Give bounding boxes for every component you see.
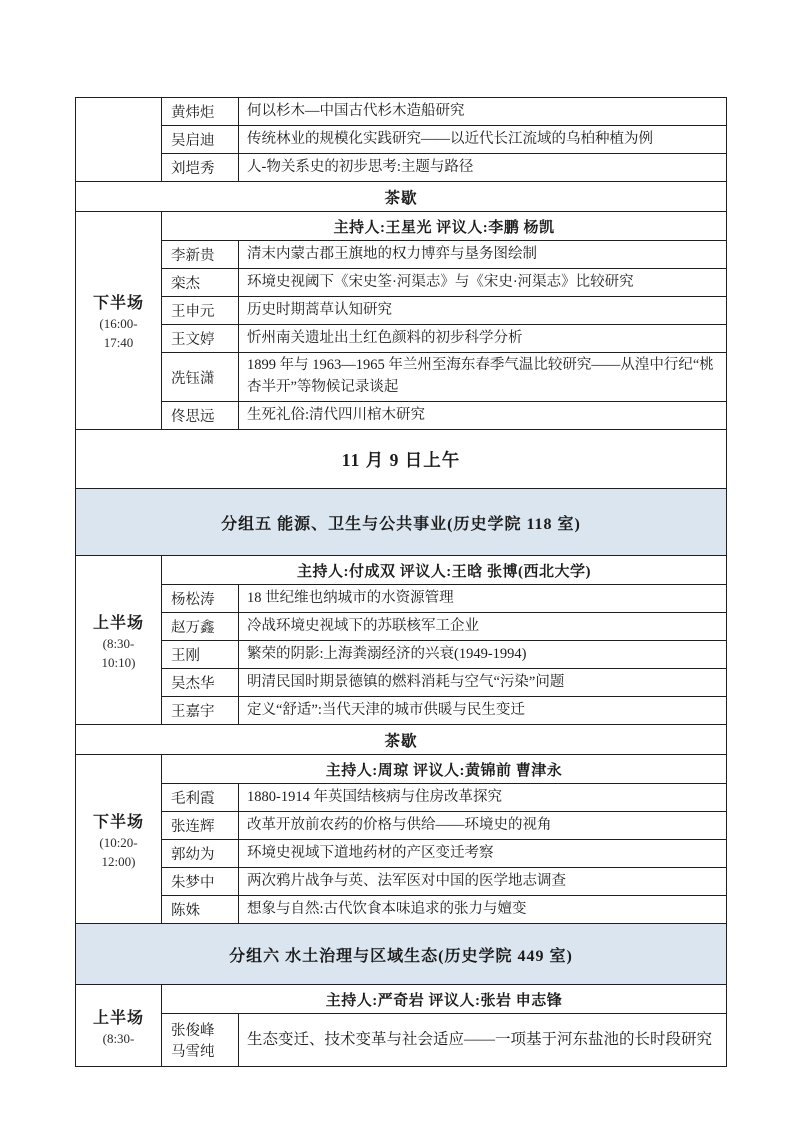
session-label: 上半场 <box>93 1005 144 1028</box>
tea-break-label: 茶歇 <box>76 724 726 754</box>
session-cell: 上半场 (8:30- <box>76 985 162 1066</box>
paper-title: 何以杉木—中国古代杉木造船研究 <box>239 98 726 125</box>
table-row: 赵万鑫 冷战环境史视域下的苏联核军工企业 <box>162 612 726 640</box>
paper-title: 繁荣的阴影:上海粪溺经济的兴衰(1949-1994) <box>239 641 726 668</box>
presenter-name: 毛利霞 <box>162 784 239 811</box>
presenter-name: 吴启迪 <box>162 126 239 153</box>
paper-title: 忻州南关遗址出土红色颜料的初步科学分析 <box>239 325 726 352</box>
paper-title: 环境史视域下道地药材的产区变迁考察 <box>239 840 726 867</box>
session-label: 下半场 <box>93 290 144 313</box>
chair-discussant-line: 主持人:王星光 评议人:李鹏 杨凯 <box>162 212 726 240</box>
tea-break-label: 茶歇 <box>76 181 726 211</box>
session-time: 17:40 <box>104 335 134 351</box>
presenter-name: 朱梦中 <box>162 868 239 895</box>
paper-title: 明清民国时期景德镇的燃料消耗与空气“污染”问题 <box>239 669 726 696</box>
session-rows: 主持人:严奇岩 评议人:张岩 申志锋 张俊峰 马雪纯 生态变迁、技术变革与社会适… <box>162 985 726 1066</box>
section-panel5-am: 上半场 (8:30- 10:10) 主持人:付成双 评议人:王晗 张博(西北大学… <box>76 555 726 724</box>
session-time: (8:30- <box>103 1031 135 1047</box>
presenter-name: 王申元 <box>162 297 239 324</box>
table-row: 王嘉宇 定义“舒适”:当代天津的城市供暖与民生变迁 <box>162 696 726 724</box>
table-row: 朱梦中 两次鸦片战争与英、法军医对中国的医学地志调查 <box>162 867 726 895</box>
session-label: 上半场 <box>93 610 144 633</box>
paper-title: 生死礼俗:清代四川棺木研究 <box>239 402 726 429</box>
presenter-name: 郭幼为 <box>162 840 239 867</box>
paper-title: 人-物关系史的初步思考:主题与路径 <box>239 154 726 181</box>
presenter-name: 吴杰华 <box>162 669 239 696</box>
chair-discussant-line: 主持人:严奇岩 评议人:张岩 申志锋 <box>162 985 726 1013</box>
presenter-name: 马雪纯 <box>171 1040 238 1061</box>
table-row: 王申元 历史时期蒿草认知研究 <box>162 296 726 324</box>
paper-title: 传统林业的规模化实践研究——以近代长江流域的乌柏种植为例 <box>239 126 726 153</box>
session-time: (10:20- <box>99 835 137 851</box>
session-time: 12:00) <box>102 854 136 870</box>
session-rows: 主持人:周琼 评议人:黄锦前 曹津永 毛利霞 1880-1914 年英国结核病与… <box>162 755 726 923</box>
section-carryover: 黄炜炬 何以杉木—中国古代杉木造船研究 吴启迪 传统林业的规模化实践研究——以近… <box>76 98 726 181</box>
table-row: 郭幼为 环境史视域下道地药材的产区变迁考察 <box>162 839 726 867</box>
presenter-name: 张连辉 <box>162 812 239 839</box>
section-pm-nov8: 下半场 (16:00- 17:40 主持人:王星光 评议人:李鹏 杨凯 李新贵 … <box>76 211 726 429</box>
table-row: 李新贵 清末内蒙古郡王旗地的权力博弈与垦务图绘制 <box>162 240 726 268</box>
session-cell-empty <box>76 98 162 181</box>
presenter-name: 刘垲秀 <box>162 154 239 181</box>
presenter-name: 黄炜炬 <box>162 98 239 125</box>
paper-title: 1880-1914 年英国结核病与住房改革探究 <box>239 784 726 811</box>
chair-discussant-line: 主持人:周琼 评议人:黄锦前 曹津永 <box>162 755 726 783</box>
session-cell: 上半场 (8:30- 10:10) <box>76 556 162 724</box>
presenter-name: 李新贵 <box>162 241 239 268</box>
table-row: 栾杰 环境史视阈下《宋史筌·河渠志》与《宋史·河渠志》比较研究 <box>162 268 726 296</box>
section-panel6-am: 上半场 (8:30- 主持人:严奇岩 评议人:张岩 申志锋 张俊峰 马雪纯 生态… <box>76 984 726 1066</box>
presenter-names: 张俊峰 马雪纯 <box>162 1014 239 1066</box>
session-label: 下半场 <box>93 809 144 832</box>
presenter-name: 杨松涛 <box>162 585 239 612</box>
paper-title: 清末内蒙古郡王旗地的权力博弈与垦务图绘制 <box>239 241 726 268</box>
session-time: (8:30- <box>103 636 135 652</box>
paper-title: 环境史视阈下《宋史筌·河渠志》与《宋史·河渠志》比较研究 <box>239 269 726 296</box>
conference-program-page: 黄炜炬 何以杉木—中国古代杉木造船研究 吴启迪 传统林业的规模化实践研究——以近… <box>0 0 799 1131</box>
table-row: 毛利霞 1880-1914 年英国结核病与住房改革探究 <box>162 783 726 811</box>
presenter-name: 栾杰 <box>162 269 239 296</box>
session-rows: 主持人:付成双 评议人:王晗 张博(西北大学) 杨松涛 18 世纪维也纳城市的水… <box>162 556 726 724</box>
paper-title: 改革开放前农药的价格与供给——环境史的视角 <box>239 812 726 839</box>
presenter-name: 冼钰潇 <box>162 353 239 401</box>
presenter-name: 王文婷 <box>162 325 239 352</box>
table-row: 张连辉 改革开放前农药的价格与供给——环境史的视角 <box>162 811 726 839</box>
table-row: 张俊峰 马雪纯 生态变迁、技术变革与社会适应——一项基于河东盐池的长时段研究 <box>162 1013 726 1066</box>
carryover-rows: 黄炜炬 何以杉木—中国古代杉木造船研究 吴启迪 传统林业的规模化实践研究——以近… <box>162 98 726 181</box>
paper-title: 18 世纪维也纳城市的水资源管理 <box>239 585 726 612</box>
table-row: 佟思远 生死礼俗:清代四川棺木研究 <box>162 401 726 429</box>
table-row: 王文婷 忻州南关遗址出土红色颜料的初步科学分析 <box>162 324 726 352</box>
table-row: 吴杰华 明清民国时期景德镇的燃料消耗与空气“污染”问题 <box>162 668 726 696</box>
paper-title: 想象与自然:古代饮食本味追求的张力与嬗变 <box>239 896 726 923</box>
session-rows: 主持人:王星光 评议人:李鹏 杨凯 李新贵 清末内蒙古郡王旗地的权力博弈与垦务图… <box>162 212 726 429</box>
presenter-name: 佟思远 <box>162 402 239 429</box>
presenter-name: 王嘉宇 <box>162 697 239 724</box>
table-row: 冼钰潇 1899 年与 1963—1965 年兰州至海东春季气温比较研究——从湟… <box>162 352 726 401</box>
table-row: 陈姝 想象与自然:古代饮食本味追求的张力与嬗变 <box>162 895 726 923</box>
presenter-name: 陈姝 <box>162 896 239 923</box>
chair-discussant-line: 主持人:付成双 评议人:王晗 张博(西北大学) <box>162 556 726 584</box>
panel-6-header: 分组六 水土治理与区域生态(历史学院 449 室) <box>76 923 726 984</box>
program-table: 黄炜炬 何以杉木—中国古代杉木造船研究 吴启迪 传统林业的规模化实践研究——以近… <box>75 97 727 1067</box>
session-time: 10:10) <box>102 655 136 671</box>
session-time: (16:00- <box>99 316 137 332</box>
table-row: 刘垲秀 人-物关系史的初步思考:主题与路径 <box>162 153 726 181</box>
table-row: 吴启迪 传统林业的规模化实践研究——以近代长江流域的乌柏种植为例 <box>162 125 726 153</box>
paper-title: 两次鸦片战争与英、法军医对中国的医学地志调查 <box>239 868 726 895</box>
table-row: 王刚 繁荣的阴影:上海粪溺经济的兴衰(1949-1994) <box>162 640 726 668</box>
paper-title: 定义“舒适”:当代天津的城市供暖与民生变迁 <box>239 697 726 724</box>
session-cell: 下半场 (16:00- 17:40 <box>76 212 162 429</box>
date-header: 11 月 9 日上午 <box>76 429 726 488</box>
presenter-name: 王刚 <box>162 641 239 668</box>
table-row: 黄炜炬 何以杉木—中国古代杉木造船研究 <box>162 98 726 125</box>
presenter-name: 赵万鑫 <box>162 613 239 640</box>
paper-title: 生态变迁、技术变革与社会适应——一项基于河东盐池的长时段研究 <box>239 1014 726 1066</box>
panel-5-header: 分组五 能源、卫生与公共事业(历史学院 118 室) <box>76 488 726 555</box>
presenter-name: 张俊峰 <box>171 1019 238 1040</box>
session-cell: 下半场 (10:20- 12:00) <box>76 755 162 923</box>
paper-title: 历史时期蒿草认知研究 <box>239 297 726 324</box>
paper-title: 冷战环境史视域下的苏联核军工企业 <box>239 613 726 640</box>
section-panel5-pm: 下半场 (10:20- 12:00) 主持人:周琼 评议人:黄锦前 曹津永 毛利… <box>76 754 726 923</box>
paper-title: 1899 年与 1963—1965 年兰州至海东春季气温比较研究——从湟中行纪“… <box>239 353 726 401</box>
table-row: 杨松涛 18 世纪维也纳城市的水资源管理 <box>162 584 726 612</box>
